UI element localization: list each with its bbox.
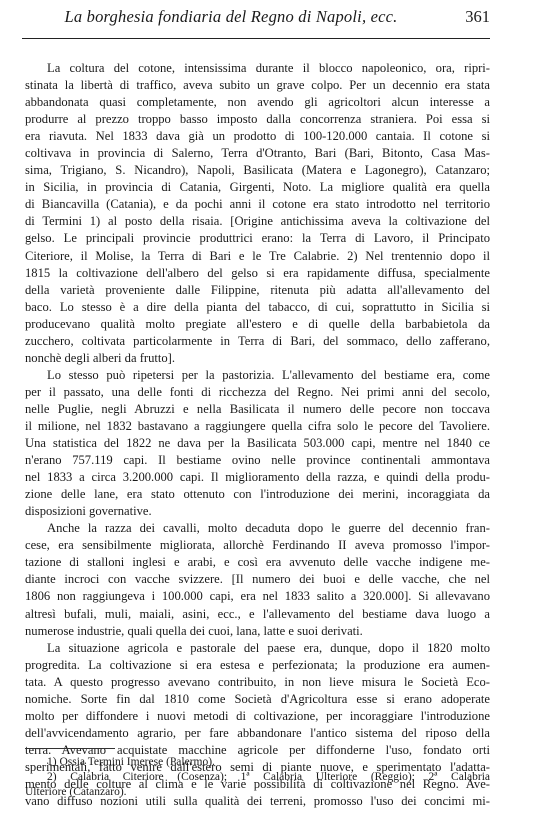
text-line: producevano qualità molto pregiate all'e… (25, 316, 490, 333)
text-line: Lo stesso può ripetersi per la pastorizi… (25, 367, 490, 384)
footnote-2-continued: Ulteriore (Catanzaro). (25, 785, 490, 800)
text-line: nomiche. Sorte fin dal 1810 come Società… (25, 691, 490, 708)
text-line: cese, era sensibilmente migliorata, allo… (25, 537, 490, 554)
text-line: n'erano 757.119 capi. Il bestiame ovino … (25, 452, 490, 469)
main-text: La coltura del cotone, intensissima dura… (25, 60, 490, 810)
running-title: La borghesia fondiaria del Regno di Napo… (22, 4, 440, 30)
text-line: produrre al prezzo troppo basso imposto … (25, 111, 490, 128)
paragraph-cotton: La coltura del cotone, intensissima dura… (25, 60, 490, 367)
text-line: in Sicilia, in provincia di Catania, Gir… (25, 179, 490, 196)
text-line: La situazione agricola e pastorale del p… (25, 640, 490, 657)
text-line: La coltura del cotone, intensissima dura… (25, 60, 490, 77)
footnote-text: Calabria Citeriore (Cosenza); 1ª Calabri… (70, 771, 490, 783)
text-line: progredita. La coltivazione si era estes… (25, 657, 490, 674)
text-line: nel 1833 a circa 3.200.000 capi. Il migl… (25, 469, 490, 486)
text-line: della varietà proveniente dalle Filippin… (25, 282, 490, 299)
paragraph-horses: Anche la razza dei cavalli, molto decadu… (25, 520, 490, 639)
text-line: altresì bufali, muli, maiali, asini, ecc… (25, 606, 490, 623)
page-number: 361 (465, 4, 490, 30)
text-line: tata. A questo progresso avevano contrib… (25, 674, 490, 691)
footnote-2: 2) Calabria Citeriore (Cosenza); 1ª Cala… (25, 770, 490, 785)
running-header: La borghesia fondiaria del Regno di Napo… (22, 4, 490, 30)
text-line: 1815 la coltivazione dell'albero del gel… (25, 265, 490, 282)
footnote-1: 1) Ossia Termini Imerese (Palermo). (25, 755, 490, 770)
text-line: tazione di stalloni inglesi e arabi, e c… (25, 554, 490, 571)
footnote-rule (25, 748, 115, 749)
text-line: dell'avvicendamento agrario, per fare ab… (25, 725, 490, 742)
text-line: per il passato, una delle fonti di ricch… (25, 384, 490, 401)
text-line-footnote-ref-1: di Termini 1) al posto della risaia. [Or… (25, 213, 490, 230)
paragraph-pastoral: Lo stesso può ripetersi per la pastorizi… (25, 367, 490, 520)
header-rule (22, 38, 490, 39)
text-line: coltivava in provincia di Salerno, Terra… (25, 145, 490, 162)
footnote-marker: 1) (47, 756, 57, 768)
text-line: diante incroci con vacche svizzere. [Il … (25, 571, 490, 588)
footnotes: 1) Ossia Termini Imerese (Palermo). 2) C… (25, 755, 490, 800)
text-line: baco. Lo stesso è a dire della pianta de… (25, 299, 490, 316)
text-line: molto per diffondere i nuovi metodi di c… (25, 708, 490, 725)
text-line: zione delle lane, era stato ottenuto con… (25, 486, 490, 503)
text-line: era riavuta. Nel 1833 dava già un prodot… (25, 128, 490, 145)
text-line: 1806 non raggiungeva i 100.000 capi, era… (25, 588, 490, 605)
text-line: Anche la razza dei cavalli, molto decadu… (25, 520, 490, 537)
footnote-text: Ossia Termini Imerese (Palermo). (59, 756, 214, 768)
text-line: disposizioni governative. (25, 503, 490, 520)
text-line: di Biancavilla (Catania), e da pochi ann… (25, 196, 490, 213)
text-line: nonchè degli alberi da frutto]. (25, 350, 490, 367)
text-line: gelso. Le principali provincie produttri… (25, 230, 490, 247)
text-line: Una statistica del 1822 ne dava per la B… (25, 435, 490, 452)
text-line: abbandonata quasi completamente, non ave… (25, 94, 490, 111)
text-line: nelle Puglie, negli Abruzzi e nella Basi… (25, 401, 490, 418)
text-line: stinata la libertà di traffico, aveva su… (25, 77, 490, 94)
text-line: numerose industrie, quali quella dei cuo… (25, 623, 490, 640)
text-line: sima, Trigiano, S. Nicandro), Napoli, Ba… (25, 162, 490, 179)
text-line: il milione, nel 1832 bastavano a raggiun… (25, 418, 490, 435)
text-line-footnote-ref-2: Citeriore, il Molise, la Terra di Bari e… (25, 248, 490, 265)
footnote-marker: 2) (47, 771, 57, 783)
text-line: zucchero, coltivata particolarmente in T… (25, 333, 490, 350)
